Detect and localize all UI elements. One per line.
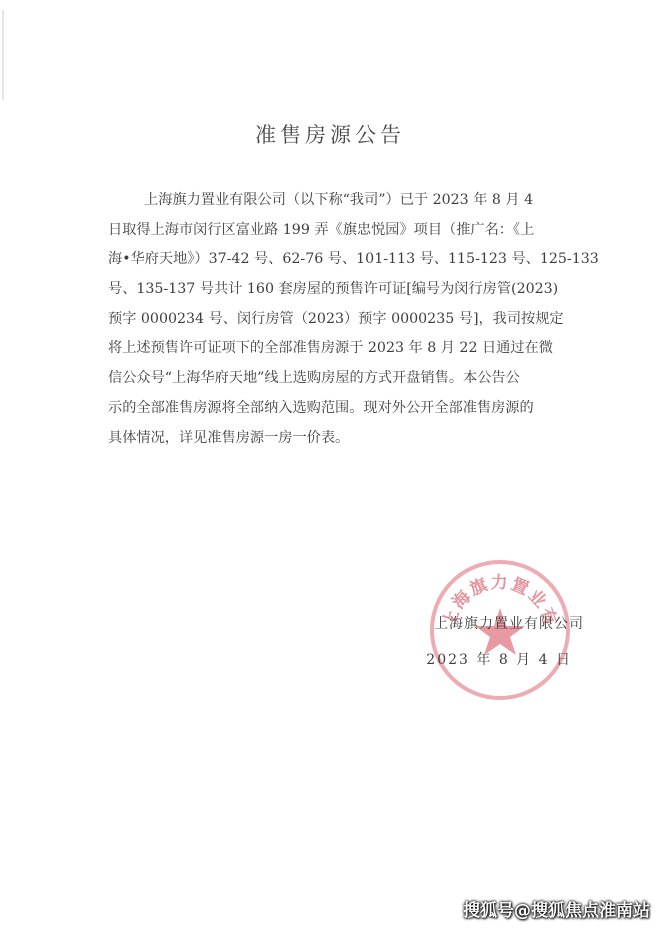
body-line: 信公众号“上海华府天地”线上选购房屋的方式开盘销售。本公告公 [108,364,572,394]
body-line: 日取得上海市闵行区富业路 199 弄《旗忠悦园》项目（推广名：《上 [108,216,572,246]
page-edge-artifact [2,10,4,100]
signature-company: 上海旗力置业有限公司 [414,606,584,642]
body-line: 具体情况，详见准售房源一房一价表。 [108,424,572,454]
document-title: 准售房源公告 [0,119,660,149]
body-line: 将上述预售许可证项下的全部准售房源于 2023 年 8 月 22 日通过在微 [108,334,572,364]
body-line: 示的全部准售房源将全部纳入选购范围。现对外公开全部准售房源的 [108,394,572,424]
body-line: 号、135-137 号共计 160 套房屋的预售许可证[编号为闵行房管(2023… [108,275,572,305]
signature-block: 上海旗力置业有限公司 2023 年 8 月 4 日 [414,606,584,678]
body-line: 上海旗力置业有限公司（以下称“我司”）已于 2023 年 8 月 4 [108,186,572,216]
signature-date: 2023 年 8 月 4 日 [414,642,584,678]
body-line: 海•华府天地》）37-42 号、62-76 号、101-113 号、115-12… [108,245,572,275]
body-line: 预字 0000234 号、闵行房管（2023）预字 0000235 号]，我司按… [108,305,572,335]
announcement-body: 上海旗力置业有限公司（以下称“我司”）已于 2023 年 8 月 4 日取得上海… [108,186,572,453]
source-watermark: 搜狐号@搜狐焦点淮南站 [463,896,650,921]
